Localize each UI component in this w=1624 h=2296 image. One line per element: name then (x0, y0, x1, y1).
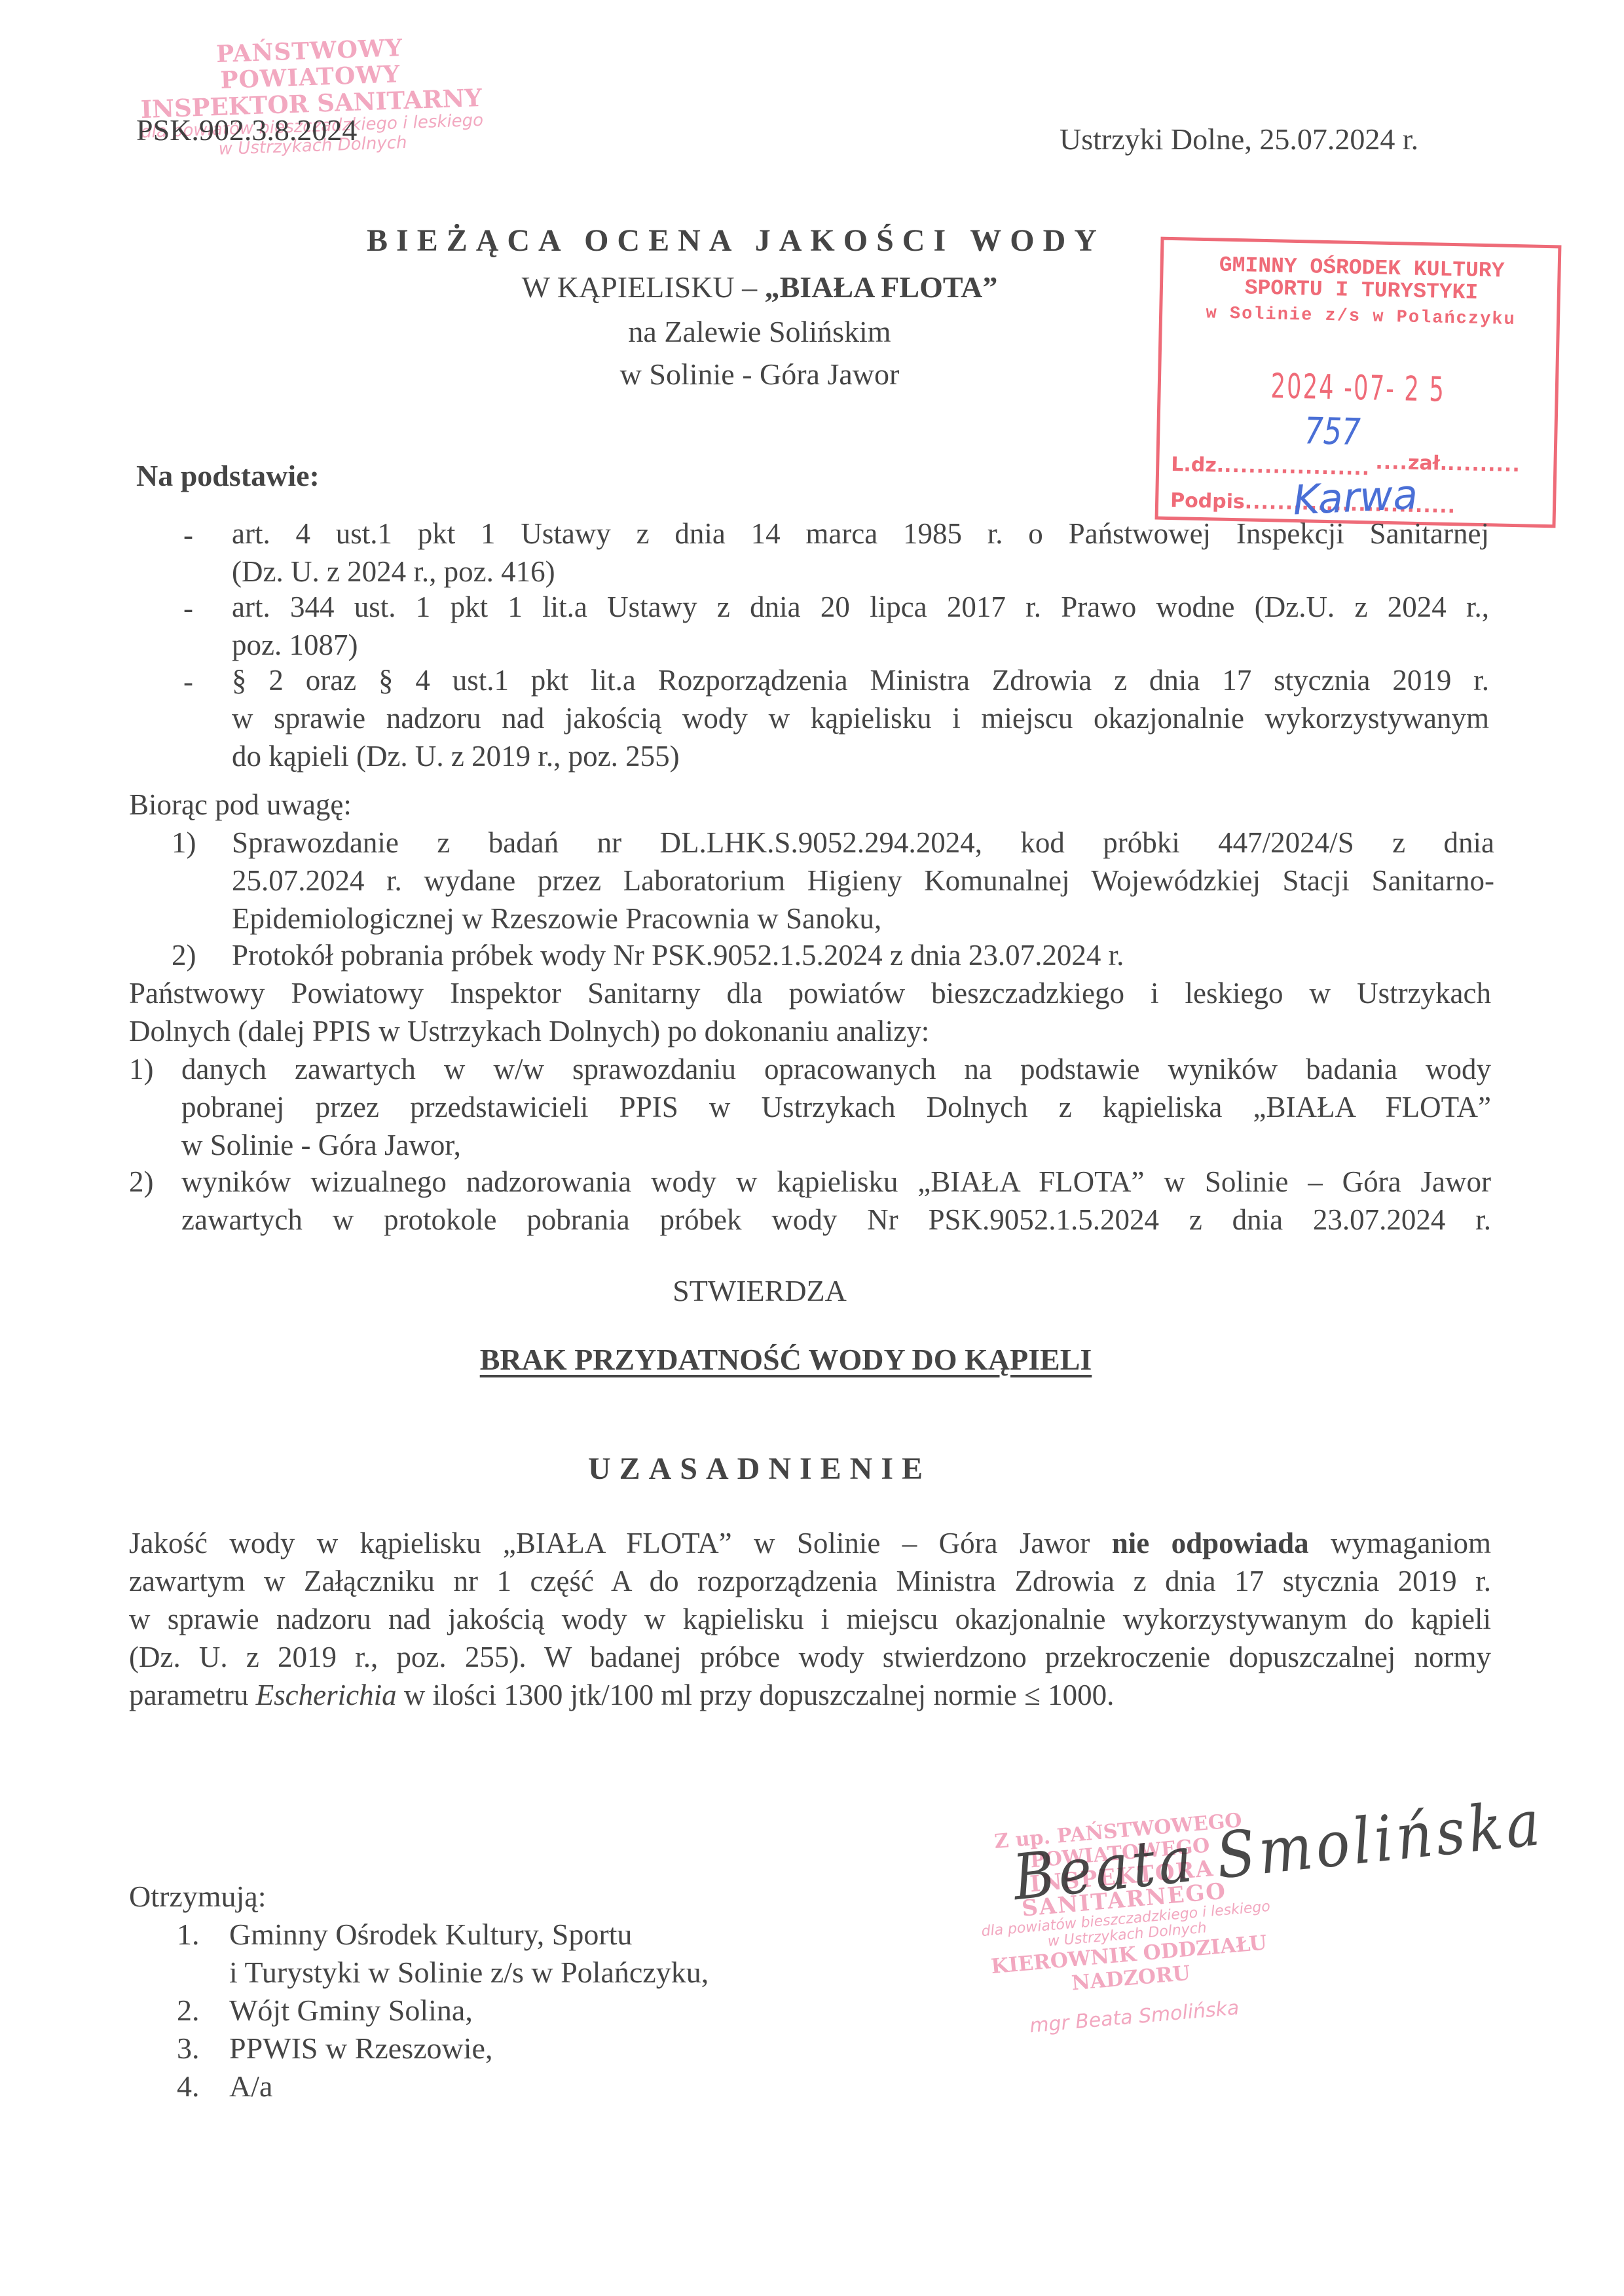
item-number: 2) (129, 1163, 154, 1201)
ldz-handwritten-number: 757 (1304, 410, 1361, 454)
recipient-line: PPWIS w Rzeszowie, (229, 2031, 492, 2066)
item-line: § 2 oraz § 4 ust.1 pkt lit.a Rozporządze… (232, 661, 1489, 699)
ldz-label: L.dz. (1171, 453, 1225, 477)
place-date: Ustrzyki Dolne, 25.07.2024 r. (1060, 122, 1418, 156)
recipient-number: 1. (177, 1917, 200, 1952)
recipient-line: i Turystyki w Solinie z/s w Polańczyku, (229, 1955, 709, 1990)
item-line: zawartych w protokole pobrania próbek wo… (181, 1201, 1491, 1239)
location-line: na Zalewie Solińskim (419, 314, 1100, 349)
location-line: w Solinie - Góra Jawor (419, 357, 1100, 392)
paragraph-line: Dolnych (dalej PPIS w Ustrzykach Dolnych… (129, 1012, 1491, 1050)
legal-basis-item: art. 4 ust.1 pkt 1 Ustawy z dnia 14 marc… (232, 515, 1489, 591)
paragraph-line: (Dz. U. z 2019 r., poz. 255). W badanej … (129, 1638, 1491, 1676)
paragraph-line: Jakość wody w kąpielisku „BIAŁA FLOTA” w… (129, 1524, 1491, 1562)
item-line: w Solinie - Góra Jawor, (181, 1126, 1491, 1164)
stamp-org-seat: w Solinie z/s w Polańczyku (1169, 303, 1553, 331)
bullet-dash: - (183, 589, 193, 627)
item-line: art. 344 ust. 1 pkt 1 lit.a Ustawy z dni… (232, 588, 1489, 626)
recipient-number: 4. (177, 2069, 200, 2104)
text-run: wymaganiom (1309, 1527, 1491, 1559)
legal-basis-item: § 2 oraz § 4 ust.1 pkt lit.a Rozporządze… (232, 661, 1489, 775)
recipients-heading: Otrzymują: (129, 1879, 267, 1914)
text-run: w ilości 1300 jtk/100 ml przy dopuszczal… (397, 1679, 1115, 1711)
item-number: 1) (129, 1050, 154, 1088)
document-subtitle: W KĄPIELISKU – „BIAŁA FLOTA” (419, 270, 1100, 304)
paragraph-line: zawartym w Załączniku nr 1 część A do ro… (129, 1562, 1491, 1600)
bullet-dash: - (183, 663, 193, 701)
text-run: Jakość wody w kąpielisku „BIAŁA FLOTA” w… (129, 1527, 1112, 1559)
emphasis-not-compliant: nie odpowiada (1112, 1527, 1309, 1559)
item-line: 25.07.2024 r. wydane przez Laboratorium … (232, 862, 1494, 900)
bullet-dash: - (183, 516, 193, 554)
verdict-text: BRAK PRZYDATNOŚĆ WODY DO KĄPIELI (480, 1343, 1092, 1376)
item-line: wyników wizualnego nadzorowania wody w k… (181, 1163, 1491, 1201)
item-line: danych zawartych w w/w sprawozdaniu opra… (181, 1050, 1491, 1088)
document-title: BIEŻĄCA OCENA JAKOŚCI WODY (367, 223, 1218, 259)
recipient-number: 2. (177, 1993, 200, 2028)
received-stamp: GMINNY OŚRODEK KULTURY SPORTU I TURYSTYK… (1155, 237, 1562, 528)
recipient-line: A/a (229, 2069, 272, 2104)
stamp-date: 2024 -07- 2 5 (1209, 365, 1506, 410)
item-line: art. 4 ust.1 pkt 1 Ustawy z dnia 14 marc… (232, 515, 1489, 553)
subtitle-prefix: W KĄPIELISKU – (522, 270, 765, 304)
item-line: pobranej przez przedstawicieli PPIS w Us… (181, 1088, 1491, 1126)
item-line: w sprawie nadzoru nad jakością wody w ką… (232, 699, 1489, 737)
recipient-number: 3. (177, 2031, 200, 2066)
justification-paragraph: Jakość wody w kąpielisku „BIAŁA FLOTA” w… (129, 1524, 1491, 1714)
item-line: Sprawozdanie z badań nr DL.LHK.S.9052.29… (232, 824, 1494, 862)
bathing-site-name: „BIAŁA FLOTA” (765, 270, 998, 304)
item-line: do kąpieli (Dz. U. z 2019 r., poz. 255) (232, 737, 1489, 775)
recipient-line: Wójt Gminy Solina, (229, 1993, 473, 2028)
legal-basis-heading: Na podstawie: (136, 458, 320, 493)
recipient-line: Gminny Ośrodek Kultury, Sportu (229, 1917, 632, 1952)
item-line: Protokół pobrania próbek wody Nr PSK.905… (232, 936, 1494, 974)
item-number: 2) (172, 936, 196, 974)
paragraph-line: Państwowy Powiatowy Inspektor Sanitarny … (129, 974, 1491, 1012)
paragraph-line: parametru Escherichia w ilości 1300 jtk/… (129, 1676, 1491, 1714)
podpis-label: Podpis (1170, 489, 1245, 513)
text-run: parametru (129, 1679, 256, 1711)
stamp-org-name: GMINNY OŚRODEK KULTURY SPORTU I TURYSTYK… (1170, 253, 1554, 306)
decision-heading: STWIERDZA (419, 1273, 1100, 1308)
item-line: Epidemiologicznej w Rzeszowie Pracownia … (232, 900, 1494, 938)
legal-basis-item: art. 344 ust. 1 pkt 1 lit.a Ustawy z dni… (232, 588, 1489, 664)
decision-verdict: BRAK PRZYDATNOŚĆ WODY DO KĄPIELI (419, 1342, 1153, 1377)
reference-number: PSK.902.3.8.2024 (136, 113, 357, 147)
justification-heading: UZASADNIENIE (419, 1451, 1100, 1487)
item-line: poz. 1087) (232, 626, 1489, 664)
paragraph-line: w sprawie nadzoru nad jakością wody w ką… (129, 1600, 1491, 1638)
inspector-paragraph: Państwowy Powiatowy Inspektor Sanitarny … (129, 974, 1491, 1050)
parameter-name: Escherichia (256, 1679, 397, 1711)
item-number: 1) (172, 824, 196, 862)
considering-heading: Biorąc pod uwagę: (129, 786, 352, 824)
item-line: (Dz. U. z 2024 r., poz. 416) (232, 553, 1489, 591)
